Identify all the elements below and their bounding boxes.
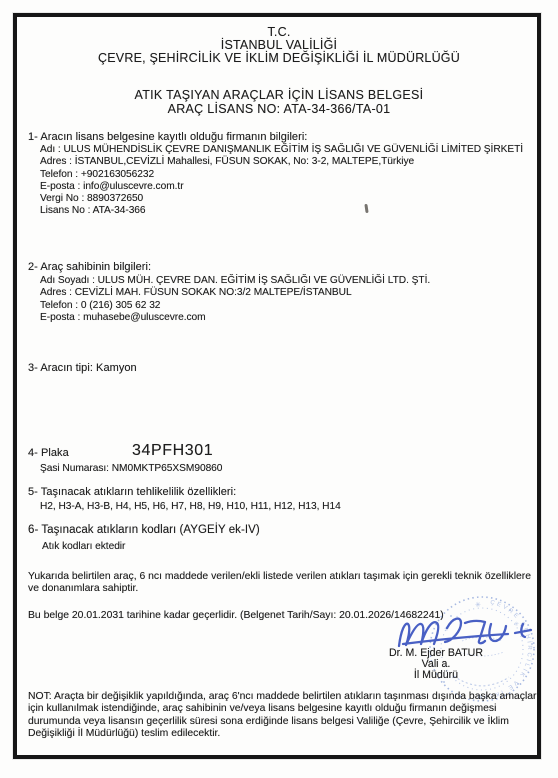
section1-details: Adı : ULUS MÜHENDİSLİK ÇEVRE DANIŞMANLIK… bbox=[40, 144, 523, 218]
section4-label: 4- Plaka bbox=[28, 447, 69, 459]
waste-codes-note: Atık kodları ektedir bbox=[42, 541, 125, 553]
company-tax-no: Vergi No : 8890372650 bbox=[40, 193, 523, 205]
document-title: ATIK TAŞIYAN ARAÇLAR İÇİN LİSANS BELGESİ… bbox=[16, 89, 542, 117]
company-email: E-posta : info@uluscevre.com.tr bbox=[40, 181, 523, 193]
note-line-4: Değişikliği İl Müdürlüğü) teslim edilece… bbox=[28, 728, 537, 740]
owner-phone: Telefon : 0 (216) 305 62 32 bbox=[40, 300, 430, 312]
signatory-block: Dr. M. Ejder BATUR Vali a. İl Müdürü bbox=[374, 648, 498, 682]
license-document-scan: T.C. İSTANBUL VALİLİĞİ ÇEVRE, ŞEHİRCİLİK… bbox=[0, 0, 558, 778]
section2-heading: 2- Araç sahibinin bilgileri: bbox=[28, 261, 151, 273]
note-line-2: için kullanılmak istendiğinde, araç sahi… bbox=[28, 703, 537, 715]
owner-email: E-posta : muhasebe@uluscevre.com bbox=[40, 312, 430, 324]
chassis-number: Şasi Numarası: NM0MKTP65XSM90860 bbox=[40, 463, 222, 475]
company-name: Adı : ULUS MÜHENDİSLİK ÇEVRE DANIŞMANLIK… bbox=[40, 144, 523, 156]
validity-line: Bu belge 20.01.2031 tarihine kadar geçer… bbox=[28, 610, 444, 622]
title-line-1: ATIK TAŞIYAN ARAÇLAR İÇİN LİSANS BELGESİ bbox=[16, 89, 542, 103]
owner-name: Adı Soyadı : ULUS MÜH. ÇEVRE DAN. EĞİTİM… bbox=[40, 275, 430, 287]
note-line-3: durumunda veya lisansın geçerlilik süres… bbox=[28, 716, 537, 728]
letterhead-department: ÇEVRE, ŞEHİRCİLİK VE İKLİM DEĞİŞİKLİĞİ İ… bbox=[16, 52, 542, 65]
compliance-statement: Yukarıda belirtilen araç, 6 ncı maddede … bbox=[28, 571, 531, 595]
section1-heading: 1- Aracın lisans belgesine kayıtlı olduğ… bbox=[28, 131, 307, 143]
letterhead: T.C. İSTANBUL VALİLİĞİ ÇEVRE, ŞEHİRCİLİK… bbox=[16, 26, 542, 66]
section3-heading: 3- Aracın tipi: Kamyon bbox=[28, 362, 137, 374]
title-line-2: ARAÇ LİSANS NO: ATA-34-366/TA-01 bbox=[16, 103, 542, 117]
company-phone: Telefon : +902163056232 bbox=[40, 169, 523, 181]
hazard-codes: H2, H3-A, H3-B, H4, H5, H6, H7, H8, H9, … bbox=[40, 501, 341, 513]
note-paragraph: NOT: Araçta bir değişiklik yapıldığında,… bbox=[28, 691, 537, 740]
statement-line-2: ve donanımlara sahiptir. bbox=[28, 583, 531, 595]
section6-heading: 6- Taşınacak atıkların kodları (AYGEİY e… bbox=[28, 524, 260, 536]
section2-details: Adı Soyadı : ULUS MÜH. ÇEVRE DAN. EĞİTİM… bbox=[40, 275, 430, 324]
statement-line-1: Yukarıda belirtilen araç, 6 ncı maddede … bbox=[28, 571, 531, 583]
company-address: Adres : İSTANBUL,CEVİZLİ Mahallesi, FÜSU… bbox=[40, 156, 523, 168]
note-line-1: NOT: Araçta bir değişiklik yapıldığında,… bbox=[28, 691, 537, 703]
owner-address: Adres : CEVİZLİ MAH. FÜSUN SOKAK NO:3/2 … bbox=[40, 287, 430, 299]
company-license-no: Lisans No : ATA-34-366 bbox=[40, 205, 523, 217]
signatory-title-2: İl Müdürü bbox=[374, 670, 498, 681]
section5-heading: 5- Taşınacak atıkların tehlikelilik özel… bbox=[28, 486, 236, 498]
plate-number: 34PFH301 bbox=[132, 442, 213, 460]
